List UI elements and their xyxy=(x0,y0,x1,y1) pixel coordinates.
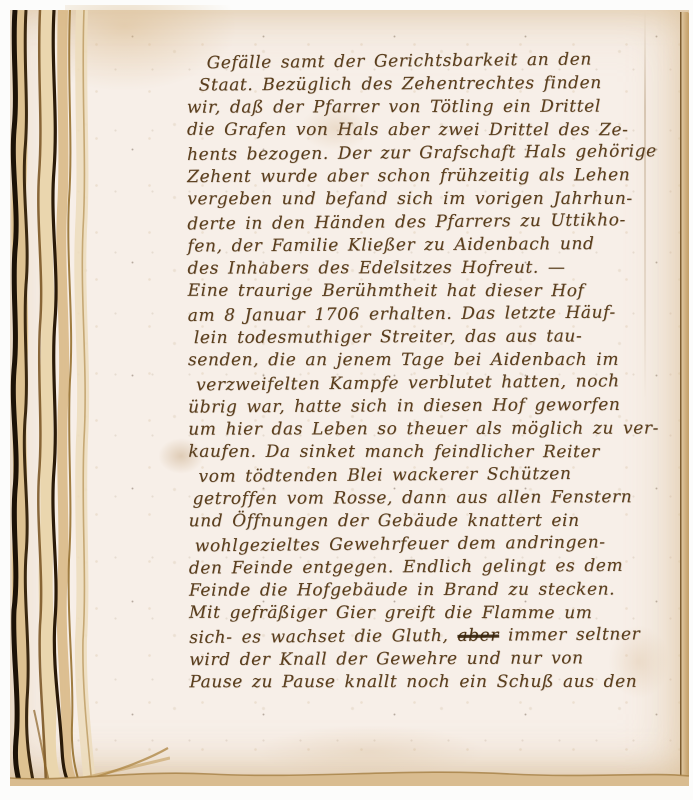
manuscript-line: sich- es wachset die Gluth, aber immer s… xyxy=(189,623,689,650)
manuscript-line: vom tödtenden Blei wackerer Schützen xyxy=(188,462,688,489)
manuscript-line: vergeben und befand sich im vorigen Jahr… xyxy=(187,188,687,211)
manuscript-line: kaufen. Da sinket manch feindlicher Reit… xyxy=(188,441,688,464)
manuscript-line: getroffen vom Rosse, dann aus allen Fens… xyxy=(189,486,689,511)
manuscript-line: und Öffnungen der Gebäude knattert ein xyxy=(189,510,689,533)
manuscript-line: senden, die an jenem Tage bei Aidenbach … xyxy=(188,349,688,372)
manuscript-line: Pause zu Pause knallt noch ein Schuß aus… xyxy=(189,671,689,694)
manuscript-line: Feinde die Hofgebäude in Brand zu stecke… xyxy=(189,578,689,602)
manuscript-line: Staat. Bezüglich des Zehentrechtes finde… xyxy=(187,71,687,97)
manuscript-line: den Feinde entgegen. Endlich gelingt es … xyxy=(189,554,689,580)
scanned-book-page: Gefälle samt der Gerichtsbarkeit an denS… xyxy=(10,10,689,786)
book-binding-page-edges xyxy=(10,10,170,786)
manuscript-line: fen, der Familie Kließer zu Aidenbach un… xyxy=(187,232,687,258)
manuscript-line: wird der Knall der Gewehre und nur von xyxy=(189,647,689,672)
manuscript-text: Gefälle samt der Gerichtsbarkeit an denS… xyxy=(187,49,690,695)
manuscript-line: Zehent wurde aber schon frühzeitig als L… xyxy=(187,164,687,189)
binding-edges-graphic xyxy=(10,10,170,786)
manuscript-line: übrig war, hatte sich in diesen Hof gewo… xyxy=(188,393,688,419)
manuscript-line: lein todesmuthiger Streiter, das aus tau… xyxy=(188,325,688,350)
manuscript-line: hents bezogen. Der zur Grafschaft Hals g… xyxy=(187,140,687,167)
manuscript-line: Eine traurige Berühmtheit hat dieser Hof xyxy=(188,280,688,303)
manuscript-line: um hier das Leben so theuer als möglich … xyxy=(188,417,688,441)
manuscript-line: des Inhabers des Edelsitzes Hofreut. — xyxy=(188,256,688,280)
manuscript-line: Mit gefräßiger Gier greift die Flamme um xyxy=(189,602,689,625)
page-bottom-deckle-edge xyxy=(10,762,689,786)
manuscript-line: die Grafen von Hals aber zwei Drittel de… xyxy=(187,119,687,142)
manuscript-line: am 8 Januar 1706 erhalten. Das letzte Hä… xyxy=(188,301,688,328)
bottom-edge-graphic xyxy=(10,762,689,786)
manuscript-line: wir, daß der Pfarrer von Tötling ein Dri… xyxy=(187,95,687,119)
